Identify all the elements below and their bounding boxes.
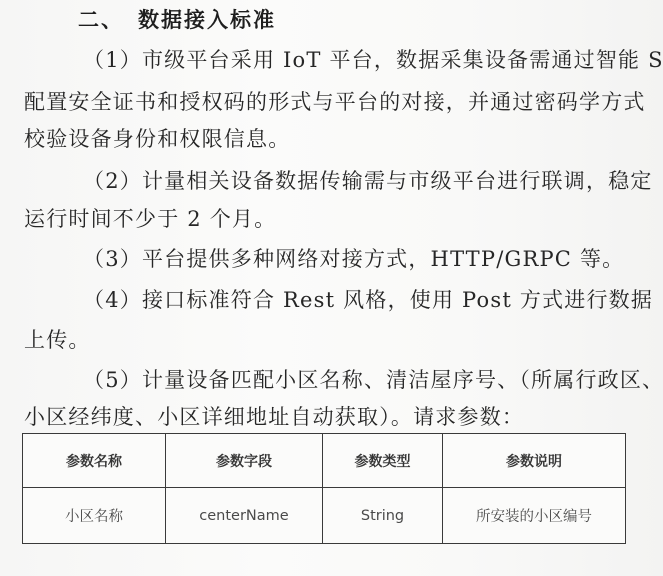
cell-param-type: String [323, 488, 443, 544]
paragraph-line: 校验设备身份和权限信息。 [24, 125, 290, 153]
header-param-type: 参数类型 [323, 434, 443, 488]
paragraph-line: （4）接口标准符合 Rest 风格，使用 Post 方式进行数据 [83, 286, 653, 314]
header-param-name: 参数名称 [23, 434, 166, 488]
header-param-description: 参数说明 [443, 434, 626, 488]
paragraph-line: （3）平台提供多种网络对接方式，HTTP/GRPC 等。 [83, 245, 624, 273]
table-header-row: 参数名称 参数字段 参数类型 参数说明 [23, 434, 626, 488]
paragraph-line: 运行时间不少于 2 个月。 [24, 205, 276, 233]
table-row: 小区名称 centerName String 所安装的小区编号 [23, 488, 626, 544]
request-parameters-table: 参数名称 参数字段 参数类型 参数说明 小区名称 centerName Stri… [22, 433, 626, 544]
section-number: 二、 [78, 8, 124, 32]
cell-param-field: centerName [166, 488, 323, 544]
paragraph-line: 配置安全证书和授权码的形式与平台的对接，并通过密码学方式 [24, 88, 646, 116]
header-param-field: 参数字段 [166, 434, 323, 488]
paragraph-line: （5）计量设备匹配小区名称、清洁屋序号、（所属行政区、 [83, 366, 663, 394]
paragraph-line: 上传。 [24, 326, 91, 354]
cell-param-description: 所安装的小区编号 [443, 488, 626, 544]
paragraph-line: （2）计量相关设备数据传输需与市级平台进行联调，稳定 [83, 167, 653, 195]
section-title: 数据接入标准 [138, 8, 276, 32]
section-heading: 二、数据接入标准 [78, 6, 276, 34]
paragraph-line: 小区经纬度、小区详细地址自动获取）。请求参数： [24, 403, 524, 431]
paragraph-line: （1）市级平台采用 IoT 平台，数据采集设备需通过智能 SDK [83, 46, 663, 74]
cell-param-name: 小区名称 [23, 488, 166, 544]
